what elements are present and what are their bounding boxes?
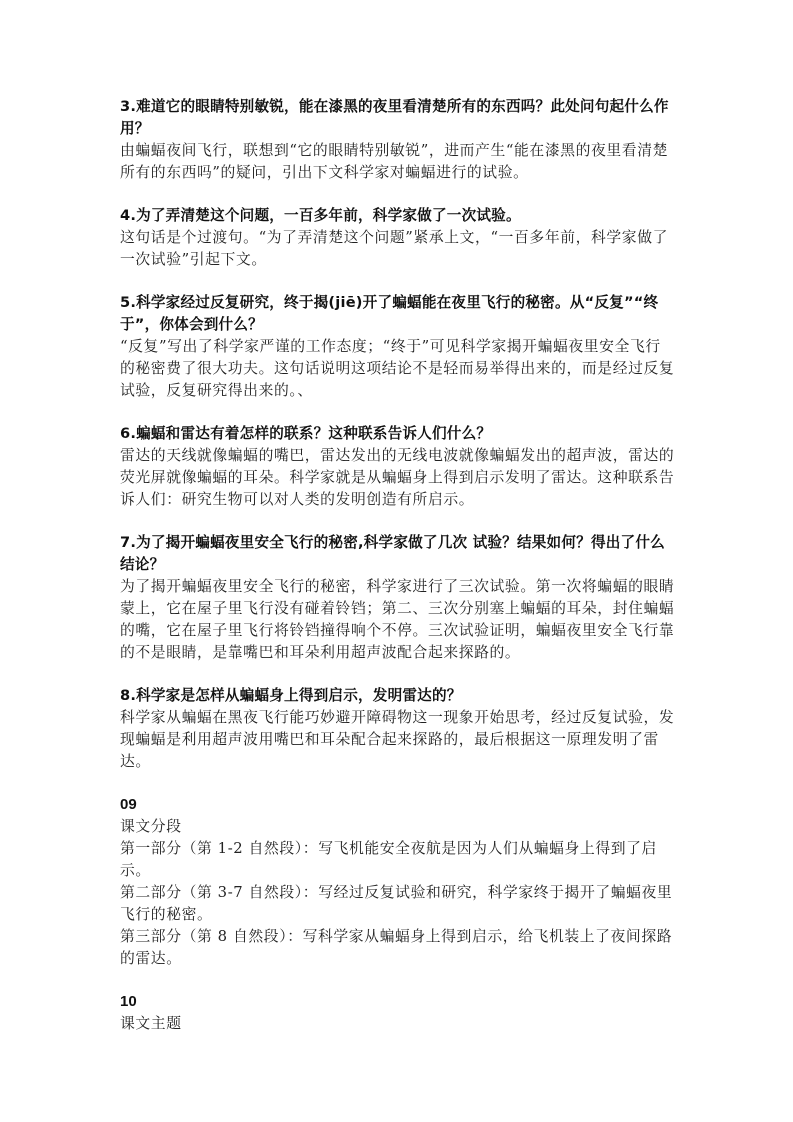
question-heading: 3.难道它的眼睛特别敏锐，能在漆黑的夜里看清楚所有的东西吗？此处问句起什么作用？	[120, 96, 676, 140]
section-number: 09	[120, 794, 676, 816]
answer-text: 雷达的天线就像蝙蝠的嘴巴，雷达发出的无线电波就像蝙蝠发出的超声波，雷达的荧光屏就…	[120, 445, 676, 511]
question-block-8: 8.科学家是怎样从蝙蝠身上得到启示，发明雷达的？ 科学家从蝙蝠在黑夜飞行能巧妙避…	[120, 685, 676, 773]
question-heading: 6.蝙蝠和雷达有着怎样的联系？这种联系告诉人们什么？	[120, 423, 676, 445]
question-heading: 7.为了揭开蝙蝠夜里安全飞行的秘密,科学家做了几次 试验？结果如何？得出了什么结…	[120, 532, 676, 576]
question-heading: 8.科学家是怎样从蝙蝠身上得到启示，发明雷达的？	[120, 685, 676, 707]
answer-text: 科学家从蝙蝠在黑夜飞行能巧妙避开障碍物这一现象开始思考，经过反复试验，发现蝙蝠是…	[120, 707, 676, 773]
answer-text: 这句话是个过渡句。“为了弄清楚这个问题”紧承上文，“一百多年前，科学家做了一次试…	[120, 227, 676, 271]
answer-text: “反复”写出了科学家严谨的工作态度；“终于”可见科学家揭开蝙蝠夜里安全飞行的秘密…	[120, 336, 676, 402]
section-10: 10 课文主题	[120, 991, 676, 1035]
answer-text: 由蝙蝠夜间飞行，联想到“它的眼睛特别敏锐”，进而产生“能在漆黑的夜里看清楚所有的…	[120, 140, 676, 184]
part-item: 第二部分（第 3-7 自然段）：写经过反复试验和研究，科学家终于揭开了蝙蝠夜里飞…	[120, 882, 676, 926]
section-title: 课文分段	[120, 816, 676, 838]
question-heading: 5.科学家经过反复研究，终于揭(jiē)开了蝙蝠能在夜里飞行的秘密。从“反复”“…	[120, 292, 676, 336]
section-number: 10	[120, 991, 676, 1013]
section-09: 09 课文分段 第一部分（第 1-2 自然段）：写飞机能安全夜航是因为人们从蝙蝠…	[120, 794, 676, 970]
question-heading: 4.为了弄清楚这个问题，一百多年前，科学家做了一次试验。	[120, 205, 676, 227]
question-block-7: 7.为了揭开蝙蝠夜里安全飞行的秘密,科学家做了几次 试验？结果如何？得出了什么结…	[120, 532, 676, 664]
question-block-4: 4.为了弄清楚这个问题，一百多年前，科学家做了一次试验。 这句话是个过渡句。“为…	[120, 205, 676, 271]
section-title: 课文主题	[120, 1013, 676, 1035]
question-block-6: 6.蝙蝠和雷达有着怎样的联系？这种联系告诉人们什么？ 雷达的天线就像蝙蝠的嘴巴，…	[120, 423, 676, 511]
document-page: 3.难道它的眼睛特别敏锐，能在漆黑的夜里看清楚所有的东西吗？此处问句起什么作用？…	[120, 96, 676, 1056]
question-block-3: 3.难道它的眼睛特别敏锐，能在漆黑的夜里看清楚所有的东西吗？此处问句起什么作用？…	[120, 96, 676, 184]
question-block-5: 5.科学家经过反复研究，终于揭(jiē)开了蝙蝠能在夜里飞行的秘密。从“反复”“…	[120, 292, 676, 402]
part-item: 第一部分（第 1-2 自然段）：写飞机能安全夜航是因为人们从蝙蝠身上得到了启示。	[120, 838, 676, 882]
answer-text: 为了揭开蝙蝠夜里安全飞行的秘密，科学家进行了三次试验。第一次将蝙蝠的眼睛蒙上，它…	[120, 576, 676, 664]
part-item: 第三部分（第 8 自然段）：写科学家从蝙蝠身上得到启示，给飞机装上了夜间探路的雷…	[120, 926, 676, 970]
